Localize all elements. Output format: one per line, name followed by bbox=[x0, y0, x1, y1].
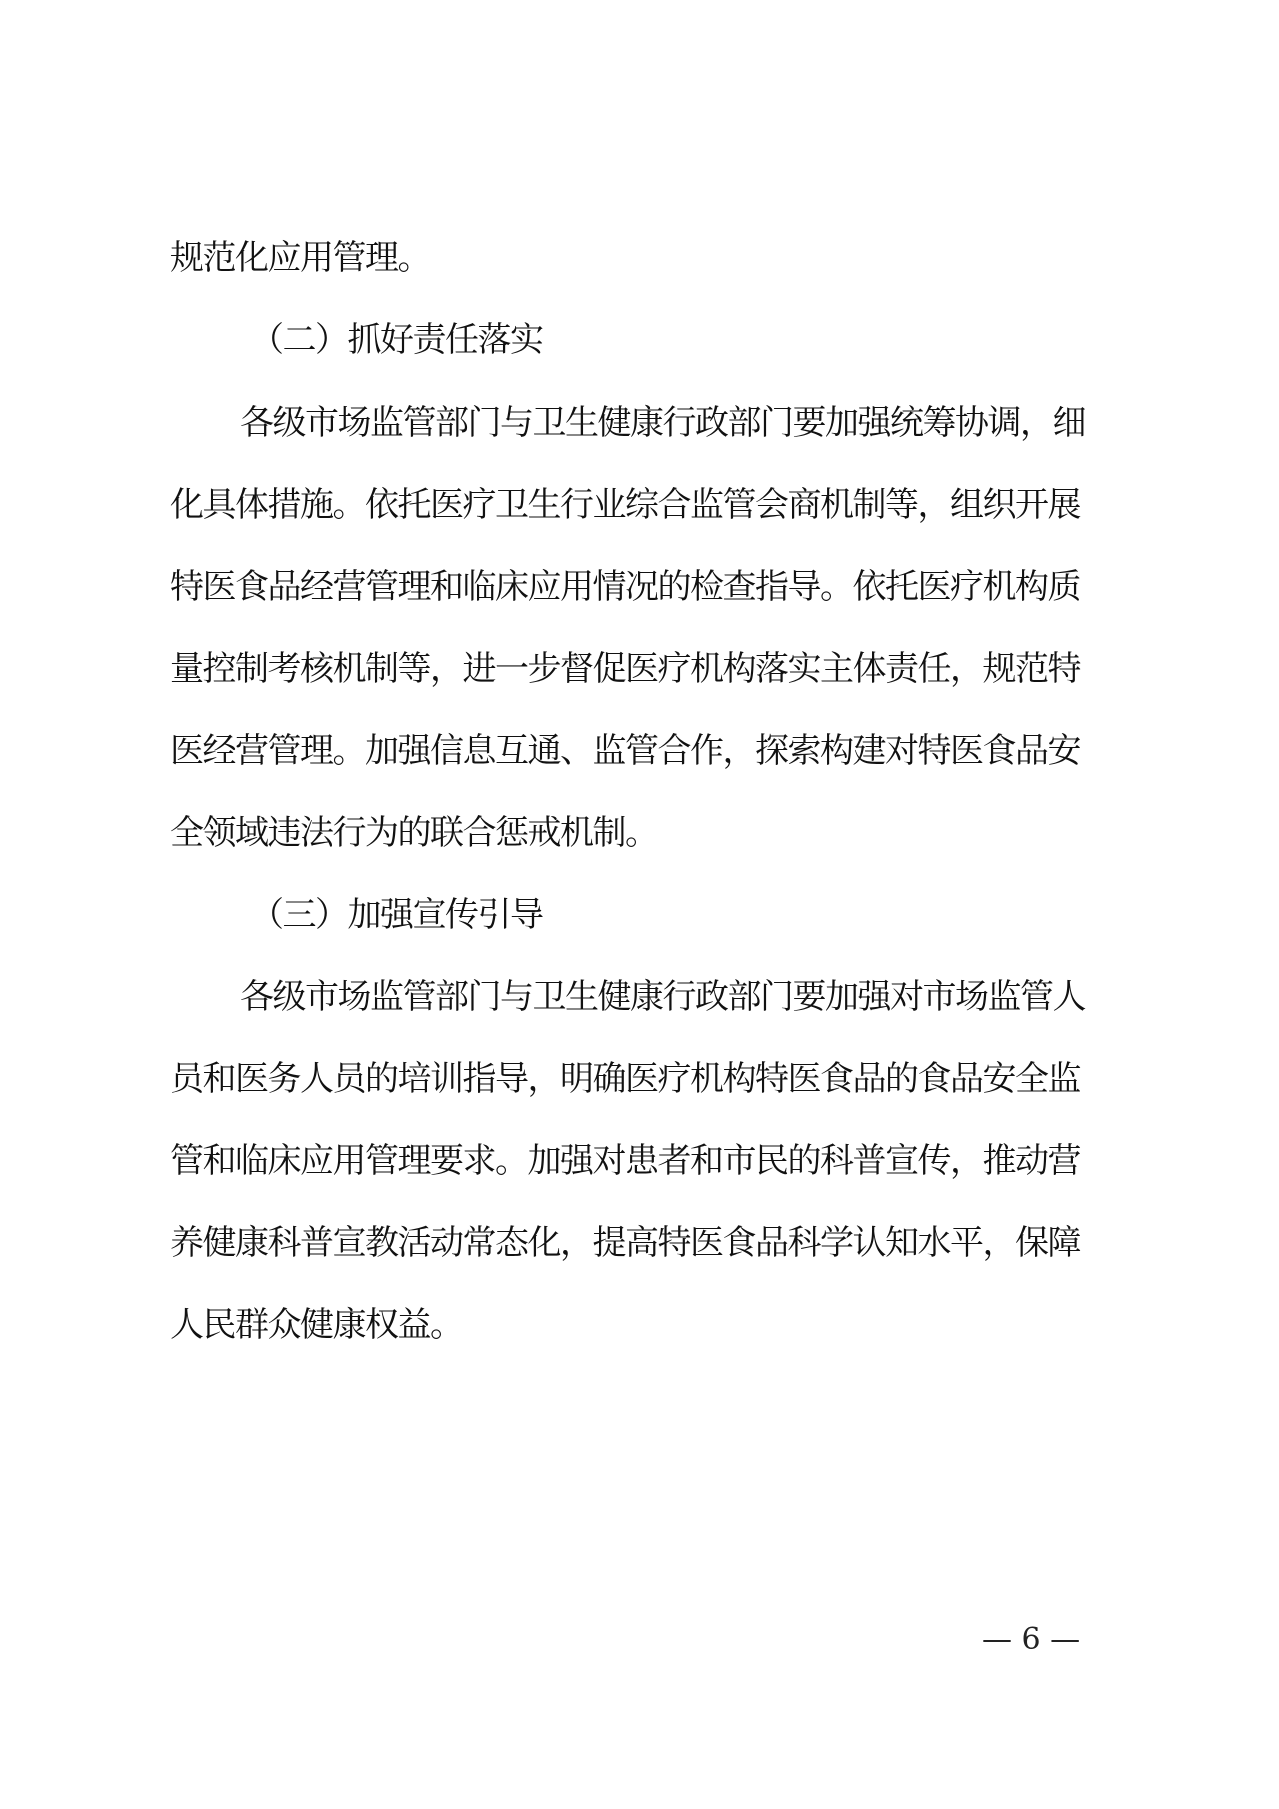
paragraph-line: 养健康科普宣教活动常态化，提高特医食品科学认知水平，保障 bbox=[170, 1223, 1080, 1263]
section-heading-2: （二）抓好责任落实 bbox=[250, 320, 543, 360]
paragraph-line: 医经营管理。加强信息互通、监管合作，探索构建对特医食品安 bbox=[170, 731, 1080, 771]
paragraph-line: 规范化应用管理。 bbox=[170, 238, 430, 278]
section-heading-3: （三）加强宣传引导 bbox=[250, 895, 543, 935]
page-number: — 6 — bbox=[982, 1620, 1080, 1660]
paragraph-line: 人民群众健康权益。 bbox=[170, 1305, 463, 1345]
paragraph-line: 量控制考核机制等，进一步督促医疗机构落实主体责任，规范特 bbox=[170, 649, 1080, 689]
paragraph-line: 特医食品经营管理和临床应用情况的检查指导。依托医疗机构质 bbox=[170, 567, 1080, 607]
paragraph-line: 员和医务人员的培训指导，明确医疗机构特医食品的食品安全监 bbox=[170, 1059, 1080, 1099]
paragraph-line: 管和临床应用管理要求。加强对患者和市民的科普宣传，推动营 bbox=[170, 1141, 1080, 1181]
paragraph-line: 全领域违法行为的联合惩戒机制。 bbox=[170, 813, 658, 853]
paragraph-line: 化具体措施。依托医疗卫生行业综合监管会商机制等，组织开展 bbox=[170, 485, 1080, 525]
paragraph-line: 各级市场监管部门与卫生健康行政部门要加强对市场监管人 bbox=[240, 977, 1085, 1017]
paragraph-line: 各级市场监管部门与卫生健康行政部门要加强统筹协调，细 bbox=[240, 403, 1085, 443]
document-page: 规范化应用管理。 （二）抓好责任落实 各级市场监管部门与卫生健康行政部门要加强统… bbox=[0, 0, 1279, 1809]
